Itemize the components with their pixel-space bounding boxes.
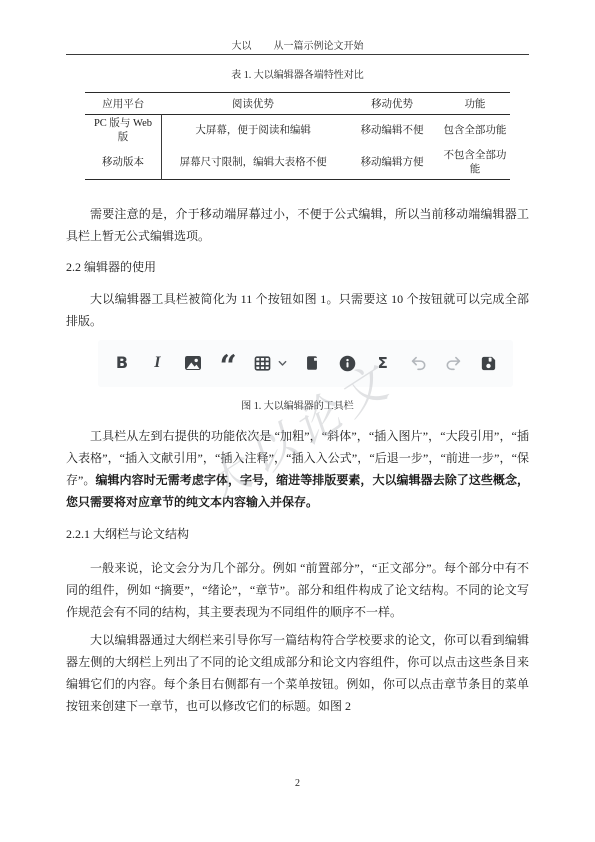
table-row-pc-web: PC 版与 Web 版 大屏幕，便于阅读和编辑 移动编辑不便 包含全部功能 xyxy=(85,114,510,147)
toolbar-undo-button xyxy=(407,348,429,378)
cell-mobile: 移动编辑不便 xyxy=(344,114,440,147)
toolbar-bold-button: B xyxy=(111,348,133,378)
figure-caption: 图 1. 大以编辑器的工具栏 xyxy=(66,400,529,413)
table-row-mobile: 移动版本 屏幕尺寸限制，编辑大表格不便 移动编辑方便 不包含全部功能 xyxy=(85,147,510,180)
page-number: 2 xyxy=(0,778,595,789)
toolbar-italic-button: I xyxy=(146,348,168,378)
quote-icon: “ xyxy=(220,352,237,374)
toolbar-insert-table-button xyxy=(253,348,288,378)
save-icon xyxy=(479,354,498,373)
toolbar-blockquote-button: “ xyxy=(217,348,239,378)
toolbar-save-button xyxy=(478,348,500,378)
toolbar-insert-image-button xyxy=(182,348,204,378)
running-header: 大以从一篇示例论文开始 xyxy=(66,0,529,55)
image-icon xyxy=(183,353,203,373)
table-header-reading: 阅读优势 xyxy=(162,93,345,115)
document-page: 大以从一篇示例论文开始 表 1. 大以编辑器各端特性对比 应用平台 阅读优势 移… xyxy=(0,0,595,842)
cell-reading: 屏幕尺寸限制，编辑大表格不便 xyxy=(162,147,345,180)
figure-toolbar-image: B I “ xyxy=(98,340,513,387)
table-header-features: 功能 xyxy=(440,93,510,115)
comparison-table: 应用平台 阅读优势 移动优势 功能 PC 版与 Web 版 大屏幕，便于阅读和编… xyxy=(85,92,510,180)
cell-platform: PC 版与 Web 版 xyxy=(85,114,162,147)
toolbar-functions-bold-text: 编辑内容时无需考虑字体，字号，缩进等排版要素，大以编辑器去除了这些概念，您只需要… xyxy=(66,473,529,509)
section-heading-2-2: 2.2 编辑器的使用 xyxy=(66,259,529,275)
cell-mobile: 移动编辑方便 xyxy=(344,147,440,180)
cell-features: 包含全部功能 xyxy=(440,114,510,147)
section-heading-2-2-1: 2.2.1 大纲栏与论文结构 xyxy=(66,526,529,542)
table-icon xyxy=(253,354,272,373)
undo-icon xyxy=(409,354,428,373)
sigma-icon: Σ xyxy=(378,356,388,371)
toolbar-redo-button xyxy=(443,348,465,378)
running-header-journal: 大以 xyxy=(232,41,252,52)
table-header-mobile: 移动优势 xyxy=(344,93,440,115)
citation-icon xyxy=(303,354,321,372)
cell-reading: 大屏幕，便于阅读和编辑 xyxy=(162,114,345,147)
cell-features: 不包含全部功能 xyxy=(440,147,510,180)
paragraph-toolbar-functions: 工具栏从左到右提供的功能依次是 “加粗”，“斜体”，“插入图片”，“大段引用”，… xyxy=(66,425,529,513)
info-icon xyxy=(338,354,357,373)
cell-platform: 移动版本 xyxy=(85,147,162,180)
toolbar-insert-citation-button xyxy=(301,348,323,378)
paragraph-outline-guide: 大以编辑器通过大纲栏来引导你写一篇结构符合学校要求的论文，你可以看到编辑器左侧的… xyxy=(66,629,529,717)
table-header-row: 应用平台 阅读优势 移动优势 功能 xyxy=(85,93,510,115)
table-caption: 表 1. 大以编辑器各端特性对比 xyxy=(66,69,529,82)
running-header-title: 从一篇示例论文开始 xyxy=(274,41,364,52)
bold-icon: B xyxy=(116,355,128,371)
paragraph-toolbar-count: 大以编辑器工具栏被简化为 11 个按钮如图 1。只需要这 10 个按钮就可以完成… xyxy=(66,288,529,332)
toolbar-insert-note-button xyxy=(336,348,358,378)
paragraph-mobile-note: 需要注意的是，介于移动端屏幕过小，不便于公式编辑，所以当前移动端编辑器工具栏上暂… xyxy=(66,203,529,247)
italic-icon: I xyxy=(154,355,160,371)
redo-icon xyxy=(444,354,463,373)
paragraph-structure: 一般来说，论文会分为几个部分。例如 “前置部分”，“正文部分”。每个部分中有不同… xyxy=(66,557,529,623)
toolbar-insert-formula-button: Σ xyxy=(372,348,394,378)
chevron-down-icon xyxy=(277,358,288,369)
table-header-platform: 应用平台 xyxy=(85,93,162,115)
